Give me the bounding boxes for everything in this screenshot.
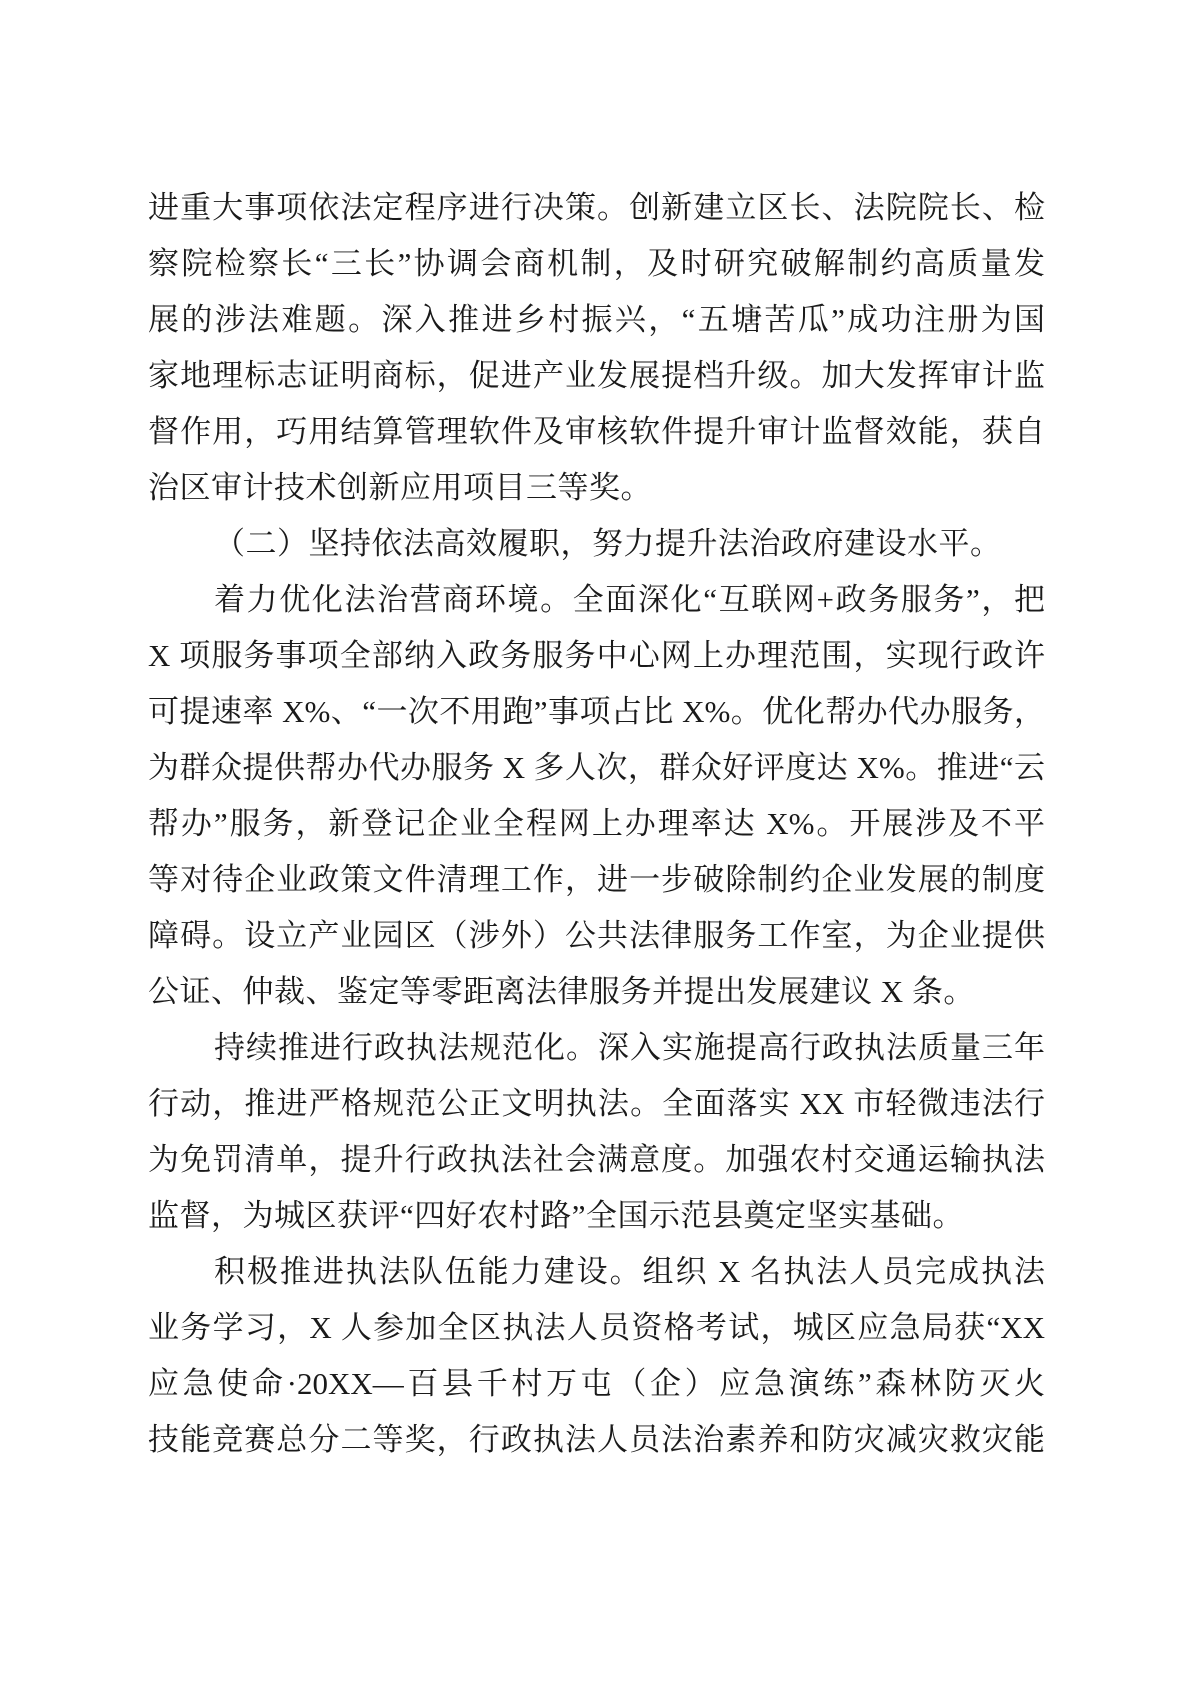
text-line: 进重大事项依法定程序进行决策。创新建立区长、法院院长、检 bbox=[148, 180, 1045, 236]
text-line: 障碍。设立产业园区（涉外）公共法律服务工作室，为企业提供 bbox=[148, 908, 1045, 964]
text-line: 为群众提供帮办代办服务 X 多人次，群众好评度达 X%。推进“云 bbox=[148, 740, 1045, 796]
text-line: 察院检察长“三长”协调会商机制，及时研究破解制约高质量发 bbox=[148, 236, 1045, 292]
text-line: 积极推进执法队伍能力建设。组织 X 名执法人员完成执法 bbox=[148, 1244, 1045, 1300]
text-line: 督作用，巧用结算管理软件及审核软件提升审计监督效能，获自 bbox=[148, 404, 1045, 460]
text-line: 治区审计技术创新应用项目三等奖。 bbox=[148, 460, 1045, 516]
text-line: 着力优化法治营商环境。全面深化“互联网+政务服务”，把 bbox=[148, 572, 1045, 628]
text-line: 可提速率 X%、“一次不用跑”事项占比 X%。优化帮办代办服务， bbox=[148, 684, 1045, 740]
paragraph-enforcement-team-building: 积极推进执法队伍能力建设。组织 X 名执法人员完成执法 业务学习，X 人参加全区… bbox=[148, 1244, 1045, 1468]
text-line: 为免罚清单，提升行政执法社会满意度。加强农村交通运输执法 bbox=[148, 1132, 1045, 1188]
section-heading: （二）坚持依法高效履职，努力提升法治政府建设水平。 bbox=[148, 516, 1045, 572]
paragraph-continued: 进重大事项依法定程序进行决策。创新建立区长、法院院长、检 察院检察长“三长”协调… bbox=[148, 180, 1045, 516]
text-line: 家地理标志证明商标，促进产业发展提档升级。加大发挥审计监 bbox=[148, 348, 1045, 404]
text-line: 应急使命·20XX—百县千村万屯（企）应急演练”森林防灭火 bbox=[148, 1356, 1045, 1412]
text-line: 行动，推进严格规范公正文明执法。全面落实 XX 市轻微违法行 bbox=[148, 1076, 1045, 1132]
section-heading-line: （二）坚持依法高效履职，努力提升法治政府建设水平。 bbox=[148, 516, 1045, 572]
text-line: 展的涉法难题。深入推进乡村振兴，“五塘苦瓜”成功注册为国 bbox=[148, 292, 1045, 348]
text-line: X 项服务事项全部纳入政务服务中心网上办理范围，实现行政许 bbox=[148, 628, 1045, 684]
text-line: 技能竞赛总分二等奖，行政执法人员法治素养和防灾减灾救灾能 bbox=[148, 1412, 1045, 1468]
document-body: 进重大事项依法定程序进行决策。创新建立区长、法院院长、检 察院检察长“三长”协调… bbox=[148, 180, 1045, 1468]
text-line: 公证、仲裁、鉴定等零距离法律服务并提出发展建议 X 条。 bbox=[148, 964, 1045, 1020]
text-line: 帮办”服务，新登记企业全程网上办理率达 X%。开展涉及不平 bbox=[148, 796, 1045, 852]
paragraph-standardize-law-enforcement: 持续推进行政执法规范化。深入实施提高行政执法质量三年 行动，推进严格规范公正文明… bbox=[148, 1020, 1045, 1244]
document-page: 进重大事项依法定程序进行决策。创新建立区长、法院院长、检 察院检察长“三长”协调… bbox=[0, 0, 1190, 1683]
text-line: 监督，为城区获评“四好农村路”全国示范县奠定坚实基础。 bbox=[148, 1188, 1045, 1244]
paragraph-optimize-business-environment: 着力优化法治营商环境。全面深化“互联网+政务服务”，把 X 项服务事项全部纳入政… bbox=[148, 572, 1045, 1020]
text-line: 等对待企业政策文件清理工作，进一步破除制约企业发展的制度 bbox=[148, 852, 1045, 908]
text-line: 持续推进行政执法规范化。深入实施提高行政执法质量三年 bbox=[148, 1020, 1045, 1076]
text-line: 业务学习，X 人参加全区执法人员资格考试，城区应急局获“XX bbox=[148, 1300, 1045, 1356]
